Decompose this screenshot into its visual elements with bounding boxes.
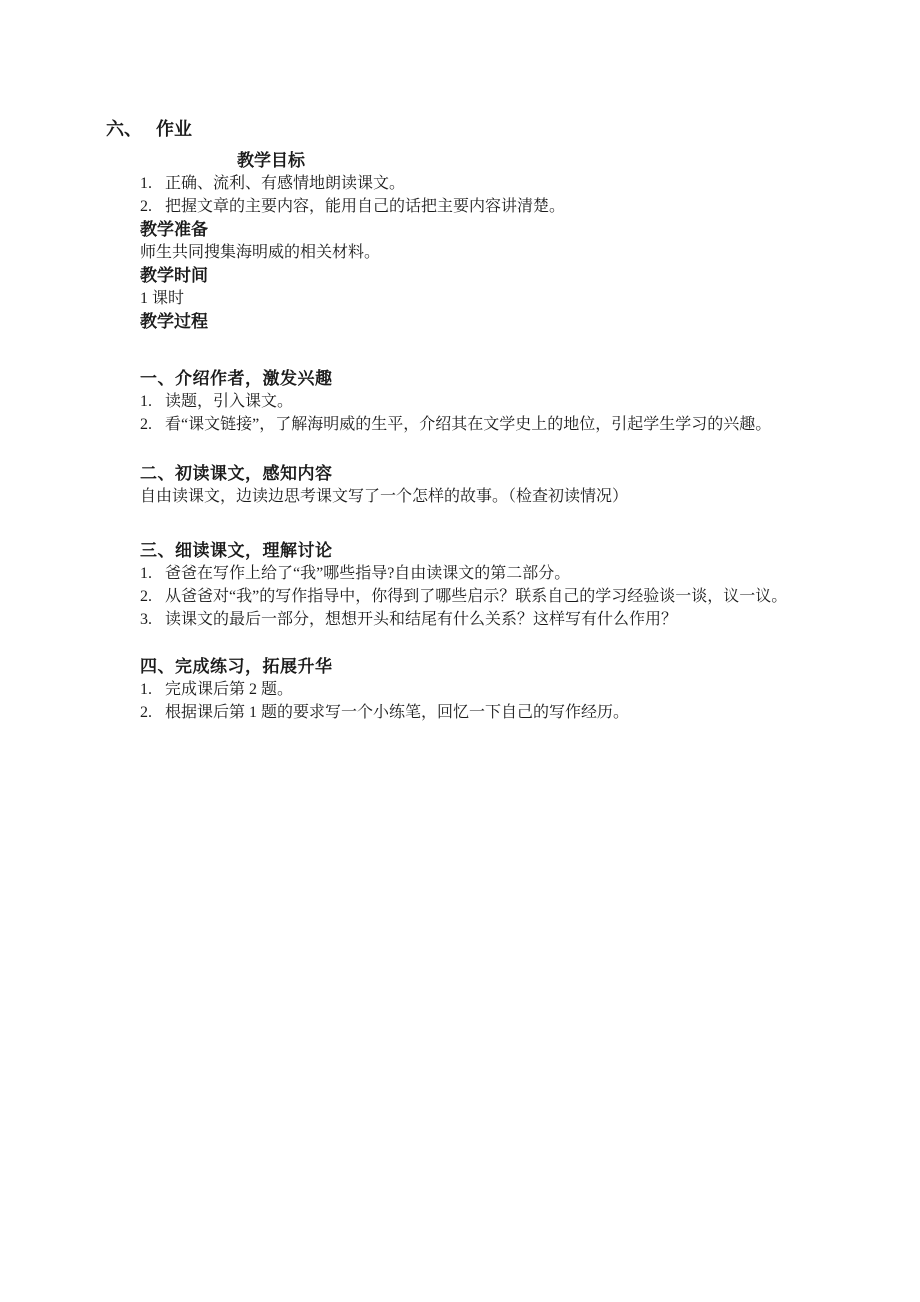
list-item: 2.把握文章的主要内容，能用自己的话把主要内容讲清楚。 <box>140 195 920 218</box>
prep-heading: 教学准备 <box>140 218 920 241</box>
list-item: 1.读题，引入课文。 <box>140 390 920 413</box>
list-item-text: 读题，引入课文。 <box>165 393 293 410</box>
list-item-text: 把握文章的主要内容，能用自己的话把主要内容讲清楚。 <box>165 198 565 215</box>
doc-title-text: 作业 <box>156 119 192 139</box>
time-text: 1 课时 <box>140 287 920 310</box>
list-item-number: 1. <box>140 678 165 701</box>
list-item-number: 3. <box>140 608 165 631</box>
list-item-number: 2. <box>140 701 165 724</box>
section-3-heading: 三、细读课文，理解讨论 <box>140 539 920 562</box>
list-item-number: 2. <box>140 413 165 436</box>
list-item-text: 看“课文链接”，了解海明威的生平，介绍其在文学史上的地位，引起学生学习的兴趣。 <box>165 416 771 433</box>
section-2-body: 自由读课文，边读边思考课文写了一个怎样的故事。（检查初读情况） <box>140 485 920 508</box>
list-item-number: 1. <box>140 562 165 585</box>
section-1-heading: 一、介绍作者，激发兴趣 <box>140 367 920 390</box>
list-item-number: 1. <box>140 390 165 413</box>
list-item-number: 2. <box>140 585 165 608</box>
list-item: 1.爸爸在写作上给了“我”哪些指导?自由读课文的第二部分。 <box>140 562 920 585</box>
section-1: 一、介绍作者，激发兴趣 1.读题，引入课文。 2.看“课文链接”，了解海明威的生… <box>0 367 920 436</box>
document-page: 六、作业 教学目标 1.正确、流利、有感情地朗读课文。 2.把握文章的主要内容，… <box>0 0 920 1302</box>
prep-text: 师生共同搜集海明威的相关材料。 <box>140 241 920 264</box>
list-item-text: 完成课后第 2 题。 <box>165 681 293 698</box>
section-4: 四、完成练习，拓展升华 1.完成课后第 2 题。 2.根据课后第 1 题的要求写… <box>0 655 920 724</box>
section-2: 二、初读课文，感知内容 自由读课文，边读边思考课文写了一个怎样的故事。（检查初读… <box>0 462 920 508</box>
time-heading: 教学时间 <box>140 264 920 287</box>
doc-title-number: 六、 <box>106 119 142 139</box>
list-item-text: 爸爸在写作上给了“我”哪些指导?自由读课文的第二部分。 <box>165 565 570 582</box>
objectives-heading: 教学目标 <box>237 149 920 172</box>
list-item: 2.从爸爸对“我”的写作指导中，你得到了哪些启示？联系自己的学习经验谈一谈，议一… <box>140 585 920 608</box>
list-item-text: 从爸爸对“我”的写作指导中，你得到了哪些启示？联系自己的学习经验谈一谈，议一议。 <box>165 588 787 605</box>
list-item-text: 根据课后第 1 题的要求写一个小练笔，回忆一下自己的写作经历。 <box>165 704 629 721</box>
list-item: 3.读课文的最后一部分，想想开头和结尾有什么关系？这样写有什么作用？ <box>140 608 920 631</box>
process-heading: 教学过程 <box>140 310 920 333</box>
list-item-number: 1. <box>140 172 165 195</box>
list-item: 2.根据课后第 1 题的要求写一个小练笔，回忆一下自己的写作经历。 <box>140 701 920 724</box>
list-item-number: 2. <box>140 195 165 218</box>
list-item-text: 正确、流利、有感情地朗读课文。 <box>165 175 405 192</box>
doc-title: 六、作业 <box>106 118 920 141</box>
section-3: 三、细读课文，理解讨论 1.爸爸在写作上给了“我”哪些指导?自由读课文的第二部分… <box>0 539 920 631</box>
section-4-heading: 四、完成练习，拓展升华 <box>140 655 920 678</box>
list-item: 2.看“课文链接”，了解海明威的生平，介绍其在文学史上的地位，引起学生学习的兴趣… <box>140 413 920 436</box>
list-item-text: 读课文的最后一部分，想想开头和结尾有什么关系？这样写有什么作用？ <box>165 611 677 628</box>
list-item: 1.完成课后第 2 题。 <box>140 678 920 701</box>
list-item: 1.正确、流利、有感情地朗读课文。 <box>140 172 920 195</box>
section-2-heading: 二、初读课文，感知内容 <box>140 462 920 485</box>
